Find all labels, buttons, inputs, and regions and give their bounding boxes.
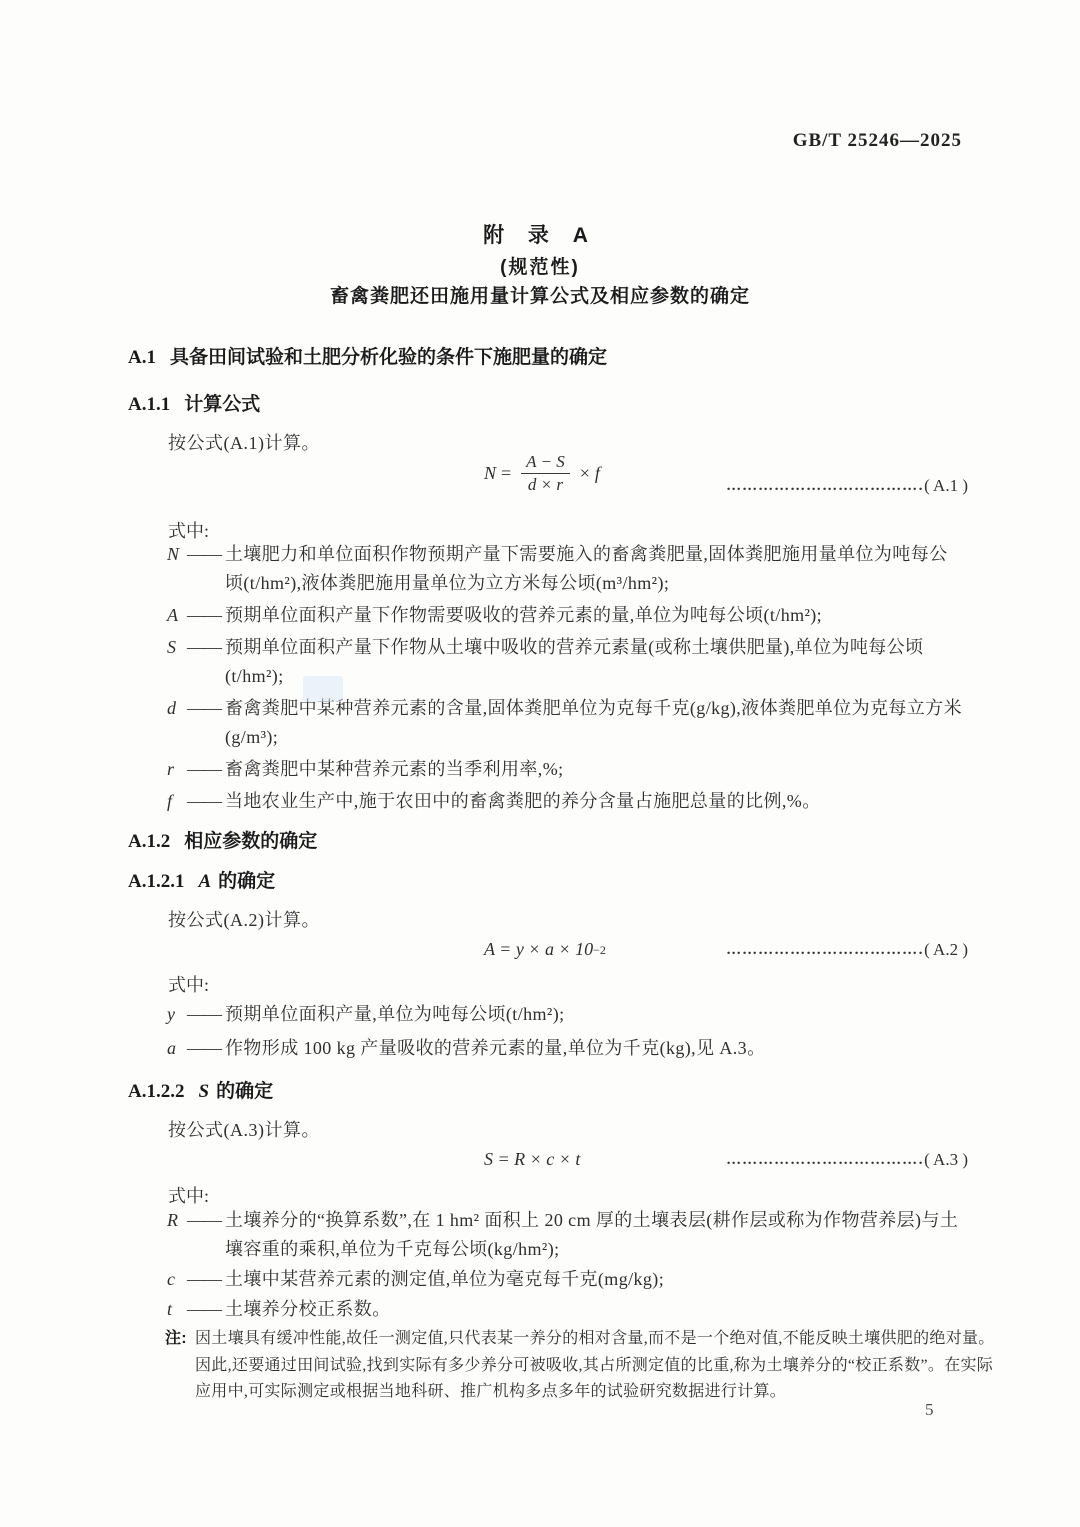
formula-tag-a1: ( A.1 ) bbox=[924, 476, 968, 496]
symbol-label: r bbox=[167, 755, 174, 784]
formula-row-a1: N = A − S d × r × f ……………………………………………… (… bbox=[0, 452, 1080, 508]
symbol-label: a bbox=[167, 1034, 176, 1063]
formula-body: S = R × c × t bbox=[484, 1149, 580, 1170]
def-row-r: r——畜禽粪肥中某种营养元素的当季利用率,%; bbox=[167, 755, 965, 784]
symbol-label: c bbox=[167, 1265, 175, 1294]
formula-row-a2: A = y × a × 10−2 ……………………………………………… ( A.… bbox=[0, 939, 1080, 995]
appendix-title: 附 录 A bbox=[0, 219, 1080, 249]
formula-lhs: N bbox=[484, 463, 496, 484]
section-number: A.1.2.2 bbox=[128, 1081, 184, 1102]
def-row-a: a——作物形成 100 kg 产量吸收的营养元素的量,单位为千克(kg),见 A… bbox=[167, 1034, 965, 1063]
dash: —— bbox=[187, 755, 221, 784]
symbol-label: y bbox=[167, 1000, 175, 1029]
section-number: A.1 bbox=[128, 347, 156, 368]
definition-text: 畜禽粪肥中某种营养元素的含量,固体粪肥单位为克每千克(g/kg),液体粪肥单位为… bbox=[225, 698, 962, 747]
symbol-label: S bbox=[167, 633, 176, 662]
heading-a1: A.1具备田间试验和土肥分析化验的条件下施肥量的确定 bbox=[128, 342, 607, 369]
definition-text: 当地农业生产中,施于农田中的畜禽粪肥的养分含量占施肥总量的比例,%。 bbox=[225, 791, 821, 811]
formula-leader-a2: ……………………………………………… ( A.2 ) bbox=[726, 940, 968, 960]
definition-text: 土壤养分的“换算系数”,在 1 hm² 面积上 20 cm 厚的土壤表层(耕作层… bbox=[225, 1210, 958, 1259]
heading-a1-2-1: A.1.2.1A的确定 bbox=[128, 866, 275, 893]
dot-leader: ……………………………………………… bbox=[726, 478, 922, 495]
symbol-label: N bbox=[167, 540, 179, 569]
symbol-label: t bbox=[167, 1295, 172, 1324]
definition-text: 土壤养分校正系数。 bbox=[225, 1299, 391, 1319]
dash: —— bbox=[187, 601, 221, 630]
definition-text: 作物形成 100 kg 产量吸收的营养元素的量,单位为千克(kg),见 A.3。 bbox=[225, 1038, 766, 1058]
page-number: 5 bbox=[925, 1400, 934, 1420]
normative-label: (规范性) bbox=[0, 252, 1080, 279]
formula-leader-a3: ……………………………………………… ( A.3 ) bbox=[726, 1150, 968, 1170]
formula-body: A = y × a × 10 bbox=[484, 939, 593, 960]
formula-a1: N = A − S d × r × f bbox=[484, 452, 600, 495]
def-row-R: R——土壤养分的“换算系数”,在 1 hm² 面积上 20 cm 厚的土壤表层(… bbox=[167, 1206, 965, 1264]
dot-leader: ……………………………………………… bbox=[726, 1152, 922, 1169]
paragraph-calc-a2: 按公式(A.2)计算。 bbox=[168, 906, 320, 932]
dash: —— bbox=[187, 633, 221, 662]
where-label: 式中: bbox=[168, 1182, 209, 1208]
symbol-label: A bbox=[167, 601, 178, 630]
fraction-denominator: d × r bbox=[521, 474, 570, 495]
formula-tag-a3: ( A.3 ) bbox=[924, 1150, 968, 1170]
fraction: A − S d × r bbox=[521, 452, 570, 495]
section-title: 具备田间试验和土肥分析化验的条件下施肥量的确定 bbox=[170, 347, 607, 368]
def-row-c: c——土壤中某营养元素的测定值,单位为毫克每千克(mg/kg); bbox=[167, 1265, 965, 1294]
formula-rhs: f bbox=[595, 463, 600, 484]
heading-a1-2: A.1.2相应参数的确定 bbox=[128, 826, 317, 853]
section-variable: S bbox=[198, 1081, 209, 1102]
section-title: 相应参数的确定 bbox=[184, 831, 317, 852]
definition-text: 土壤肥力和单位面积作物预期产量下需要施入的畜禽粪肥量,固体粪肥施用量单位为吨每公… bbox=[225, 544, 948, 593]
definition-list-3: R——土壤养分的“换算系数”,在 1 hm² 面积上 20 cm 厚的土壤表层(… bbox=[167, 1206, 965, 1325]
definition-text: 预期单位面积产量,单位为吨每公顷(t/hm²); bbox=[225, 1004, 565, 1024]
dash: —— bbox=[187, 1000, 221, 1029]
note-text: 因土壤具有缓冲性能,故任一测定值,只代表某一养分的相对含量,而不是一个绝对值,不… bbox=[195, 1330, 995, 1400]
fraction-numerator: A − S bbox=[521, 452, 570, 474]
definition-list-2: y——预期单位面积产量,单位为吨每公顷(t/hm²); a——作物形成 100 … bbox=[167, 1000, 965, 1068]
formula-a2: A = y × a × 10−2 bbox=[484, 939, 606, 960]
note-label: 注: bbox=[165, 1326, 187, 1353]
note-block: 注:因土壤具有缓冲性能,故任一测定值,只代表某一养分的相对含量,而不是一个绝对值… bbox=[165, 1326, 997, 1406]
section-number: A.1.2.1 bbox=[128, 871, 184, 892]
def-row-y: y——预期单位面积产量,单位为吨每公顷(t/hm²); bbox=[167, 1000, 965, 1029]
where-label: 式中: bbox=[168, 971, 209, 997]
symbol-label: R bbox=[167, 1206, 178, 1235]
dash: —— bbox=[187, 1034, 221, 1063]
definition-text: 土壤中某营养元素的测定值,单位为毫克每千克(mg/kg); bbox=[225, 1269, 664, 1289]
standard-number: GB/T 25246—2025 bbox=[793, 130, 962, 152]
definition-text: 预期单位面积产量下作物需要吸收的营养元素的量,单位为吨每公顷(t/hm²); bbox=[225, 605, 822, 625]
scan-watermark-artifact bbox=[303, 676, 343, 702]
dash: —— bbox=[187, 787, 221, 816]
formula-a3: S = R × c × t bbox=[484, 1149, 580, 1170]
definition-text: 畜禽粪肥中某种营养元素的当季利用率,%; bbox=[225, 759, 564, 779]
formula-tag-a2: ( A.2 ) bbox=[924, 940, 968, 960]
section-title: 计算公式 bbox=[184, 394, 260, 415]
equals-sign: = bbox=[501, 463, 511, 484]
dash: —— bbox=[187, 1206, 221, 1235]
formula-row-a3: S = R × c × t ……………………………………………… ( A.3 ) bbox=[0, 1149, 1080, 1205]
symbol-label: f bbox=[167, 787, 172, 816]
dash: —— bbox=[187, 694, 221, 723]
appendix-subject: 畜禽粪肥还田施用量计算公式及相应参数的确定 bbox=[0, 281, 1080, 308]
times-sign: × bbox=[580, 463, 590, 484]
formula-leader-a1: ……………………………………………… ( A.1 ) bbox=[726, 476, 968, 496]
section-title: 的确定 bbox=[216, 1081, 273, 1102]
def-row-t: t——土壤养分校正系数。 bbox=[167, 1295, 965, 1324]
dash: —— bbox=[187, 540, 221, 569]
heading-a1-2-2: A.1.2.2S的确定 bbox=[128, 1076, 273, 1103]
section-title: 的确定 bbox=[218, 871, 275, 892]
def-row-d: d——畜禽粪肥中某种营养元素的含量,固体粪肥单位为克每千克(g/kg),液体粪肥… bbox=[167, 694, 965, 752]
symbol-label: d bbox=[167, 694, 176, 723]
def-row-A: A——预期单位面积产量下作物需要吸收的营养元素的量,单位为吨每公顷(t/hm²)… bbox=[167, 601, 965, 630]
section-number: A.1.1 bbox=[128, 394, 170, 415]
def-row-N: N——土壤肥力和单位面积作物预期产量下需要施入的畜禽粪肥量,固体粪肥施用量单位为… bbox=[167, 540, 965, 598]
def-row-S: S——预期单位面积产量下作物从土壤中吸收的营养元素量(或称土壤供肥量),单位为吨… bbox=[167, 633, 965, 691]
paragraph-calc-a3: 按公式(A.3)计算。 bbox=[168, 1116, 320, 1142]
definition-list-1: N——土壤肥力和单位面积作物预期产量下需要施入的畜禽粪肥量,固体粪肥施用量单位为… bbox=[167, 540, 965, 819]
def-row-f: f——当地农业生产中,施于农田中的畜禽粪肥的养分含量占施肥总量的比例,%。 bbox=[167, 787, 965, 816]
dash: —— bbox=[187, 1265, 221, 1294]
section-number: A.1.2 bbox=[128, 831, 170, 852]
section-variable: A bbox=[198, 871, 211, 892]
dash: —— bbox=[187, 1295, 221, 1324]
dot-leader: ……………………………………………… bbox=[726, 942, 922, 959]
document-page: GB/T 25246—2025 附 录 A (规范性) 畜禽粪肥还田施用量计算公… bbox=[0, 0, 1080, 1527]
heading-a1-1: A.1.1计算公式 bbox=[128, 389, 260, 416]
